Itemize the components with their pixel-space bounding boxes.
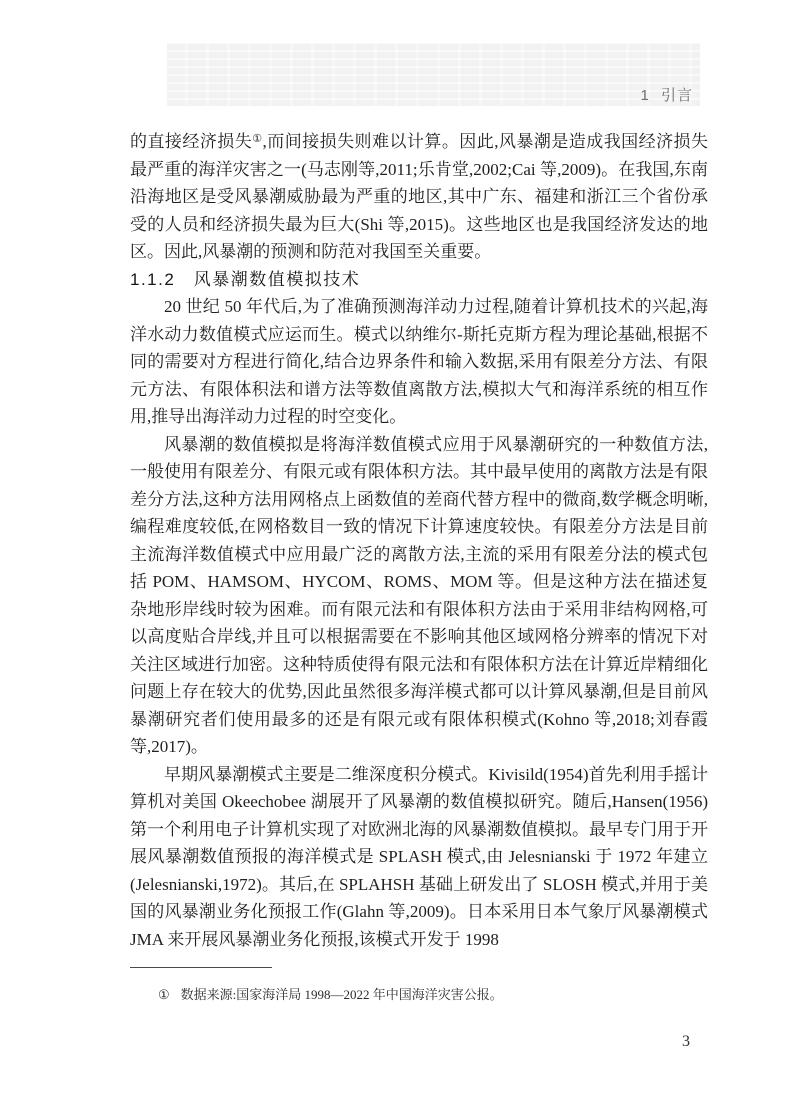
paragraph-text-rest: ,而间接损失则难以计算。因此,风暴潮是造成我国经济损失最严重的海洋灾害之一(马志… — [130, 132, 708, 261]
running-header: 1 引言 — [640, 87, 693, 104]
footnote-mark: ① — [158, 987, 170, 1002]
footnote-divider — [130, 967, 272, 968]
footnote-ref-mark: ① — [252, 133, 262, 145]
page-body: 的直接经济损失①,而间接损失则难以计算。因此,风暴潮是造成我国经济损失最严重的海… — [130, 128, 708, 953]
page-number: 3 — [682, 1032, 690, 1052]
footnote-area: ①数据来源:国家海洋局 1998—2022 年中国海洋灾害公报。 — [130, 967, 708, 1004]
section-heading-1-1-2: 1.1.2 风暴潮数值模拟技术 — [130, 266, 708, 294]
paragraph-text-pre: 的直接经济损失 — [130, 132, 252, 151]
paragraph-early-storm-surge-models: 早期风暴潮模式主要是二维深度积分模式。Kivisild(1954)首先利用手摇计… — [130, 761, 708, 954]
footnote: ①数据来源:国家海洋局 1998—2022 年中国海洋灾害公报。 — [130, 985, 708, 1004]
footnote-text: 数据来源:国家海洋局 1998—2022 年中国海洋灾害公报。 — [181, 987, 503, 1002]
scan-artifact — [167, 43, 700, 106]
paragraph-discretization-methods: 风暴潮的数值模拟是将海洋数值模式应用于风暴潮研究的一种数值方法,一般使用有限差分… — [130, 431, 708, 761]
paragraph-numerical-model-origin: 20 世纪 50 年代后,为了准确预测海洋动力过程,随着计算机技术的兴起,海洋水… — [130, 293, 708, 431]
paragraph-continued: 的直接经济损失①,而间接损失则难以计算。因此,风暴潮是造成我国经济损失最严重的海… — [130, 128, 708, 266]
book-page: 1 引言 的直接经济损失①,而间接损失则难以计算。因此,风暴潮是造成我国经济损失… — [0, 0, 799, 1118]
